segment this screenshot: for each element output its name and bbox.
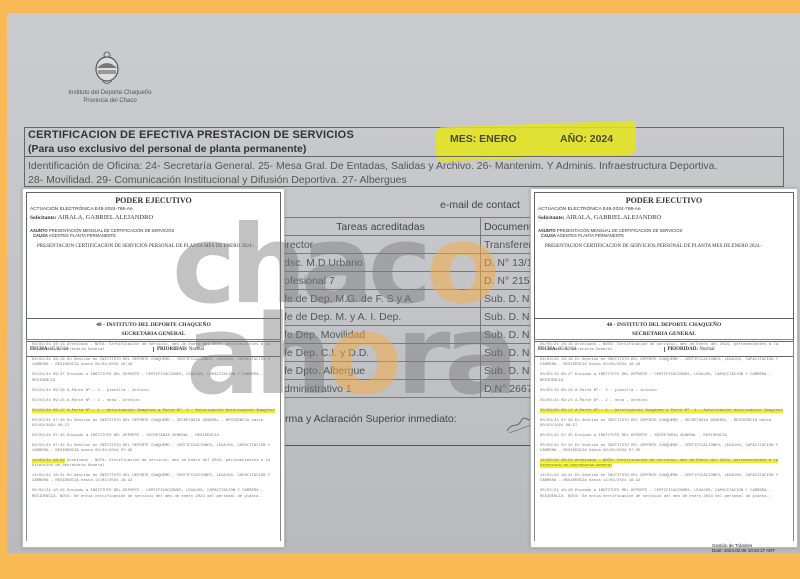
year-label: AÑO: 2024 — [560, 133, 613, 145]
solicitante-label: Solicitante: — [30, 215, 57, 221]
movement-log: 04/04/24 16:16 Archivado - NOTA: Certifi… — [26, 339, 281, 541]
certification-title: CERTIFICACION DE EFECTIVA PRESTACION DE … — [28, 129, 354, 141]
log-entry: 03/03/24 09:27 Enviado a INSTITUTO DEL D… — [540, 373, 788, 383]
office-identification: Identificación de Oficina: 24- Secretarí… — [28, 159, 788, 187]
signature-label: rma y Aclaración Superior inmediato: — [285, 413, 457, 425]
tasks-table: Tareas acreditadas Documental res irecto… — [280, 217, 562, 398]
certification-subtitle: (Para uso exclusivo del personal de plan… — [28, 143, 306, 155]
expediente-panel-right: PODER EJECUTIVO ACTUACIÓN ELECTRÓNICA E4… — [530, 188, 798, 548]
log-entry: 14/02/24 18:32 Archivado - NOTA: Certifi… — [540, 459, 788, 469]
task-cell: fe de Dep. M.G. de F. S y A. — [281, 290, 481, 308]
org-line-2: SECRETARIA GENERAL — [535, 330, 793, 339]
task-cell: ofesional 7 — [281, 272, 481, 290]
table-row: dsc. M.D UrbanoD. N° 13/19 — [281, 254, 562, 272]
log-entry: 03/03/24 09:27 Enviado a INSTITUTO DEL D… — [32, 373, 275, 383]
log-entry: 03/03/24 09:26 A-Parte Nº.: 3 - planilla… — [540, 389, 788, 394]
task-cell: fe de Dep. M. y A. I. Dep. — [281, 308, 481, 326]
log-entry: 14/02/24 18:32 Archivado - NOTA: Certifi… — [32, 459, 275, 469]
provincial-seal-icon — [92, 50, 122, 84]
org-line-1: 48 - INSTITUTO DEL DEPORTE CHAQUEÑO — [27, 321, 280, 330]
office-line-1: Identificación de Oficina: 24- Secretarí… — [28, 159, 788, 173]
table-row: fe Dep. C.I. y D.D.Sub. D. N° 3161/ — [281, 344, 562, 362]
log-entry-text: 14/02/24 18:32 Archivado - NOTA: Certifi… — [540, 459, 778, 468]
frame-bottom-band — [0, 553, 800, 579]
poder-ejecutivo-card: PODER EJECUTIVO ACTUACIÓN ELECTRÓNICA E4… — [534, 192, 794, 357]
solicitante-value: AIRALA, GABRIEL ALEJANDRO — [58, 214, 153, 221]
org-line-2: SECRETARIA GENERAL — [27, 330, 280, 339]
log-entry: 04/04/24 16:16 En Gestión en INSTITUTO D… — [540, 358, 788, 368]
actuacion-number: ACTUACIÓN ELECTRÓNICA E48-2024-766-Ae — [30, 207, 280, 212]
table-row: fe de Dep. M.G. de F. S y A.Sub. D. N° 3… — [281, 290, 562, 308]
log-entry: 04/04/24 16:16 Archivado - NOTA: Certifi… — [540, 343, 788, 353]
table-row: dministrativo 1D.N° 2667/22 — [281, 380, 562, 398]
log-entry: 03/03/24 09:17 A-Parte Nº.: 1 - Autoriza… — [540, 409, 788, 414]
presentacion-text: PRESENTACION CERTIFICACION DE SERVICIOS … — [37, 244, 272, 249]
log-entry: 03/03/24 09:24 A-Parte Nº.: 2 - nota - A… — [540, 399, 788, 404]
task-cell: dministrativo 1 — [281, 380, 481, 398]
log-entry-rest: Archivado - NOTA: Certificación de servi… — [32, 459, 270, 468]
log-entry-text: 03/03/24 09:17 A-Parte Nº.: 1 - Autoriza… — [32, 409, 275, 413]
poder-title: PODER EJECUTIVO — [27, 193, 280, 205]
log-entry: 03/03/24 09:17 A-Parte Nº.: 1 - Autoriza… — [32, 409, 275, 414]
causa-label: CAUSA — [33, 233, 48, 238]
tasks-header: Tareas acreditadas — [281, 218, 481, 236]
causa-value: AGENTES PLANTA PERMANENTE — [557, 233, 624, 238]
task-cell: fe Dep. C.I. y D.D. — [281, 344, 481, 362]
log-entry-text: 03/03/24 09:17 A-Parte Nº.: 1 - Autoriza… — [540, 409, 783, 413]
solicitante-label: Solicitante: — [538, 215, 565, 221]
table-row: fe de Dep. M. y A. I. Dep.Sub. D. N° 301… — [281, 308, 562, 326]
solicitante-value: AIRALA, GABRIEL ALEJANDRO — [566, 214, 661, 221]
log-entry: 03/03/24 07:35 Enviado a INSTITUTO DEL D… — [32, 434, 275, 439]
log-entry: 03/03/24 07:34 En Gestión en INSTITUTO D… — [32, 444, 275, 454]
table-row: ofesional 7D. N° 2154/19 — [281, 272, 562, 290]
solicitante: Solicitante: AIRALA, GABRIEL ALEJANDRO — [30, 214, 280, 221]
org-line-1: 48 - INSTITUTO DEL DEPORTE CHAQUEÑO — [535, 321, 793, 330]
log-entry: 05/02/24 10:26 Enviado a INSTITUTO DEL D… — [540, 489, 788, 499]
log-entry: 03/03/24 09:26 A-Parte Nº.: 3 - planilla… — [32, 389, 275, 394]
task-cell: fe Dpto. Albergue — [281, 362, 481, 380]
task-cell: fe Dep. Movilidad — [281, 326, 481, 344]
table-row: fe Dpto. AlbergueSub. D. N° 3212/ — [281, 362, 562, 380]
actuacion-number: ACTUACIÓN ELECTRÓNICA E48-2024-766-Ae — [538, 207, 793, 212]
poder-title: PODER EJECUTIVO — [535, 193, 793, 205]
log-entry: 04/04/24 16:16 Archivado - NOTA: Certifi… — [32, 343, 275, 353]
email-label: e-mail de contact — [440, 199, 520, 211]
log-entry: 03/03/24 07:35 Enviado a INSTITUTO DEL D… — [540, 434, 788, 439]
institution-name: Instituto del Deporte Chaqueño Provincia… — [40, 89, 180, 105]
log-entry: 14/02/24 18:31 En Gestión en INSTITUTO D… — [540, 474, 788, 484]
month-label: MES: ENERO — [450, 133, 517, 145]
log-entry: 03/03/24 07:34 En Gestión en INSTITUTO D… — [540, 444, 788, 454]
log-entry: 05/02/24 10:26 Enviado a INSTITUTO DEL D… — [32, 489, 275, 499]
table-row: fe Dep. MovilidadSub. D. N° 3198/ — [281, 326, 562, 344]
causa: CAUSA AGENTES PLANTA PERMANENTE — [33, 233, 280, 238]
solicitante: Solicitante: AIRALA, GABRIEL ALEJANDRO — [538, 214, 793, 221]
divider — [24, 156, 784, 157]
log-entry: 14/02/24 18:31 En Gestión en INSTITUTO D… — [32, 474, 275, 484]
task-cell: dsc. M.D Urbano — [281, 254, 481, 272]
log-entry-date-highlight: 14/02/24 18:32 — [32, 459, 65, 463]
expediente-panel-left: PODER EJECUTIVO ACTUACIÓN ELECTRÓNICA E4… — [22, 188, 285, 548]
signature-line — [285, 445, 535, 446]
log-entry: 03/03/24 09:24 A-Parte Nº.: 2 - nota - A… — [32, 399, 275, 404]
log-entry: 04/04/24 16:16 En Gestión en INSTITUTO D… — [32, 358, 275, 368]
task-cell: irector — [281, 236, 481, 254]
causa-value: AGENTES PLANTA PERMANENTE — [49, 233, 116, 238]
presentacion-text: PRESENTACION CERTIFICACION DE SERVICIOS … — [545, 244, 785, 249]
poder-ejecutivo-card: PODER EJECUTIVO ACTUACIÓN ELECTRÓNICA E4… — [26, 192, 281, 357]
table-row: irectorTransferencia D. — [281, 236, 562, 254]
office-line-2: 28- Movilidad. 29- Comunicación Instituc… — [28, 173, 788, 187]
institution-line-1: Instituto del Deporte Chaqueño — [40, 89, 180, 97]
institution-line-2: Provincia del Chaco — [40, 97, 180, 105]
causa: CAUSA AGENTES PLANTA PERMANENTE — [541, 233, 793, 238]
digital-signature-stamp: Gestión de Trámites Date: 2024.02.06 10:… — [712, 543, 775, 553]
movement-log: 04/04/24 16:16 Archivado - NOTA: Certifi… — [534, 339, 794, 541]
log-entry: 03/03/24 07:36 En Gestión en INSTITUTO D… — [32, 419, 275, 429]
log-entry: 03/03/24 07:36 En Gestión en INSTITUTO D… — [540, 419, 788, 429]
causa-label: CAUSA — [541, 233, 556, 238]
